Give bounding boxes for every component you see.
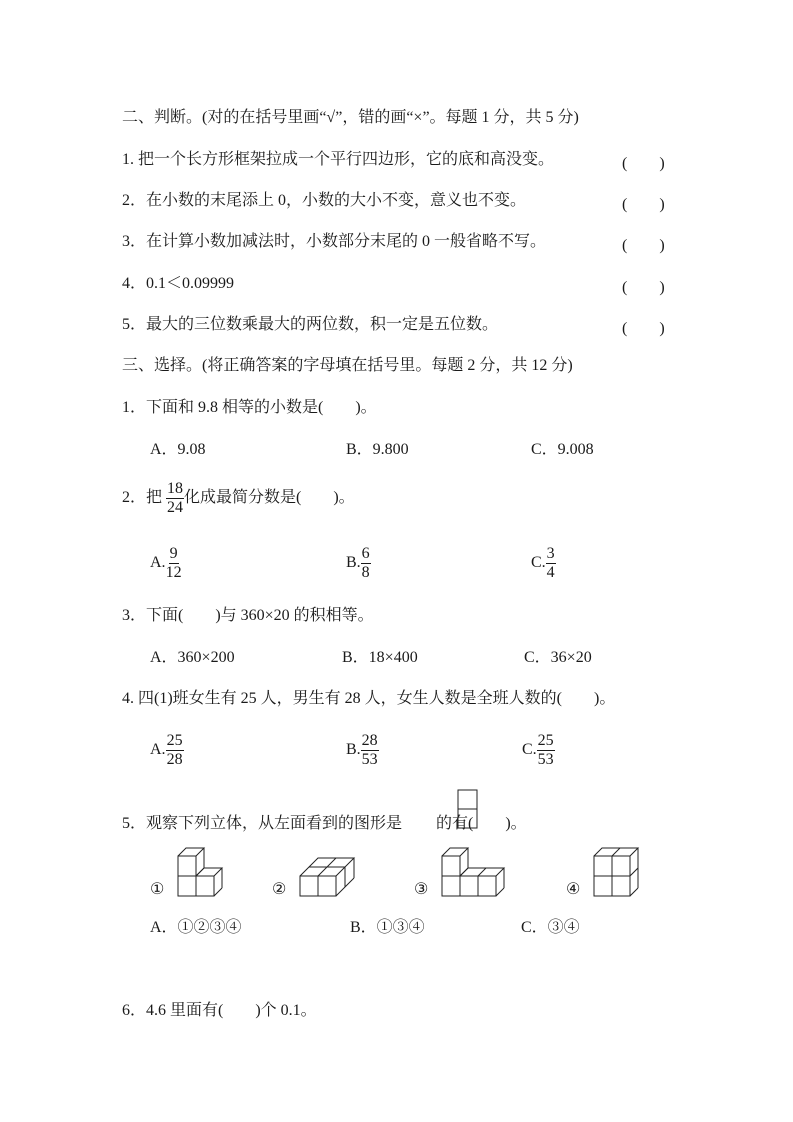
q5-option-a[interactable]: A．①②③④ [150,918,242,938]
cube-figure-3-icon [440,846,516,900]
cube-figure-2-icon [298,856,364,900]
answer-paren-1[interactable]: ( ) [622,150,665,173]
q2-option-c[interactable]: C.34 [531,545,556,582]
q3-option-c[interactable]: C．36×20 [524,648,592,668]
figure-label-1: ① [150,880,164,900]
q5-option-c[interactable]: C．③④ [521,918,580,938]
figure-label-4: ④ [566,880,580,900]
q4-option-c[interactable]: C.2553 [522,732,555,769]
q1-option-c[interactable]: C．9.008 [531,440,594,460]
answer-paren-4[interactable]: ( ) [622,274,665,297]
judge-item-3: 3．在计算小数加减法时，小数部分末尾的 0 一般省略不写。 [122,232,546,252]
q5-option-b[interactable]: B．①③④ [350,918,425,938]
q3-option-a[interactable]: A．360×200 [150,648,235,668]
section-2-title: 二、判断。(对的在括号里画“√”，错的画“×”。每题 1 分，共 5 分) [122,108,579,128]
q1-option-a[interactable]: A．9.08 [150,440,206,460]
q4-option-b[interactable]: B.2853 [346,732,379,769]
choice-q3: 3．下面( )与 360×20 的积相等。 [122,606,374,626]
q2-option-b[interactable]: B.68 [346,545,371,582]
choice-q1: 1．下面和 9.8 相等的小数是( )。 [122,398,377,418]
judge-item-5: 5．最大的三位数乘最大的两位数，积一定是五位数。 [122,315,498,335]
choice-q4: 4. 四(1)班女生有 25 人，男生有 28 人，女生人数是全班人数的( )。 [122,689,615,709]
figure-label-2: ② [272,880,286,900]
judge-item-1: 1. 把一个长方形框架拉成一个平行四边形，它的底和高没变。 [122,150,554,170]
q3-option-b[interactable]: B．18×400 [342,648,418,668]
q1-option-b[interactable]: B．9.800 [346,440,409,460]
judge-item-4: 4．0.1＜0.09999 [122,274,234,294]
cube-figure-4-icon [592,846,648,900]
choice-q6: 6．4.6 里面有( )个 0.1。 [122,1001,317,1021]
q4-option-a[interactable]: A.2528 [150,732,184,769]
figure-label-3: ③ [414,880,428,900]
judge-item-2: 2．在小数的末尾添上 0，小数的大小不变，意义也不变。 [122,191,526,211]
fraction: 1824 [166,480,184,517]
answer-paren-2[interactable]: ( ) [622,191,665,214]
section-3-title: 三、选择。(将正确答案的字母填在括号里。每题 2 分，共 12 分) [122,356,573,376]
cube-figure-1-icon [176,846,232,900]
q2-option-a[interactable]: A.912 [150,545,182,582]
choice-q2: 2．把 1824化成最简分数是( )。 [122,480,355,517]
answer-paren-5[interactable]: ( ) [622,315,665,338]
answer-paren-3[interactable]: ( ) [622,232,665,255]
left-view-icon [457,789,479,831]
